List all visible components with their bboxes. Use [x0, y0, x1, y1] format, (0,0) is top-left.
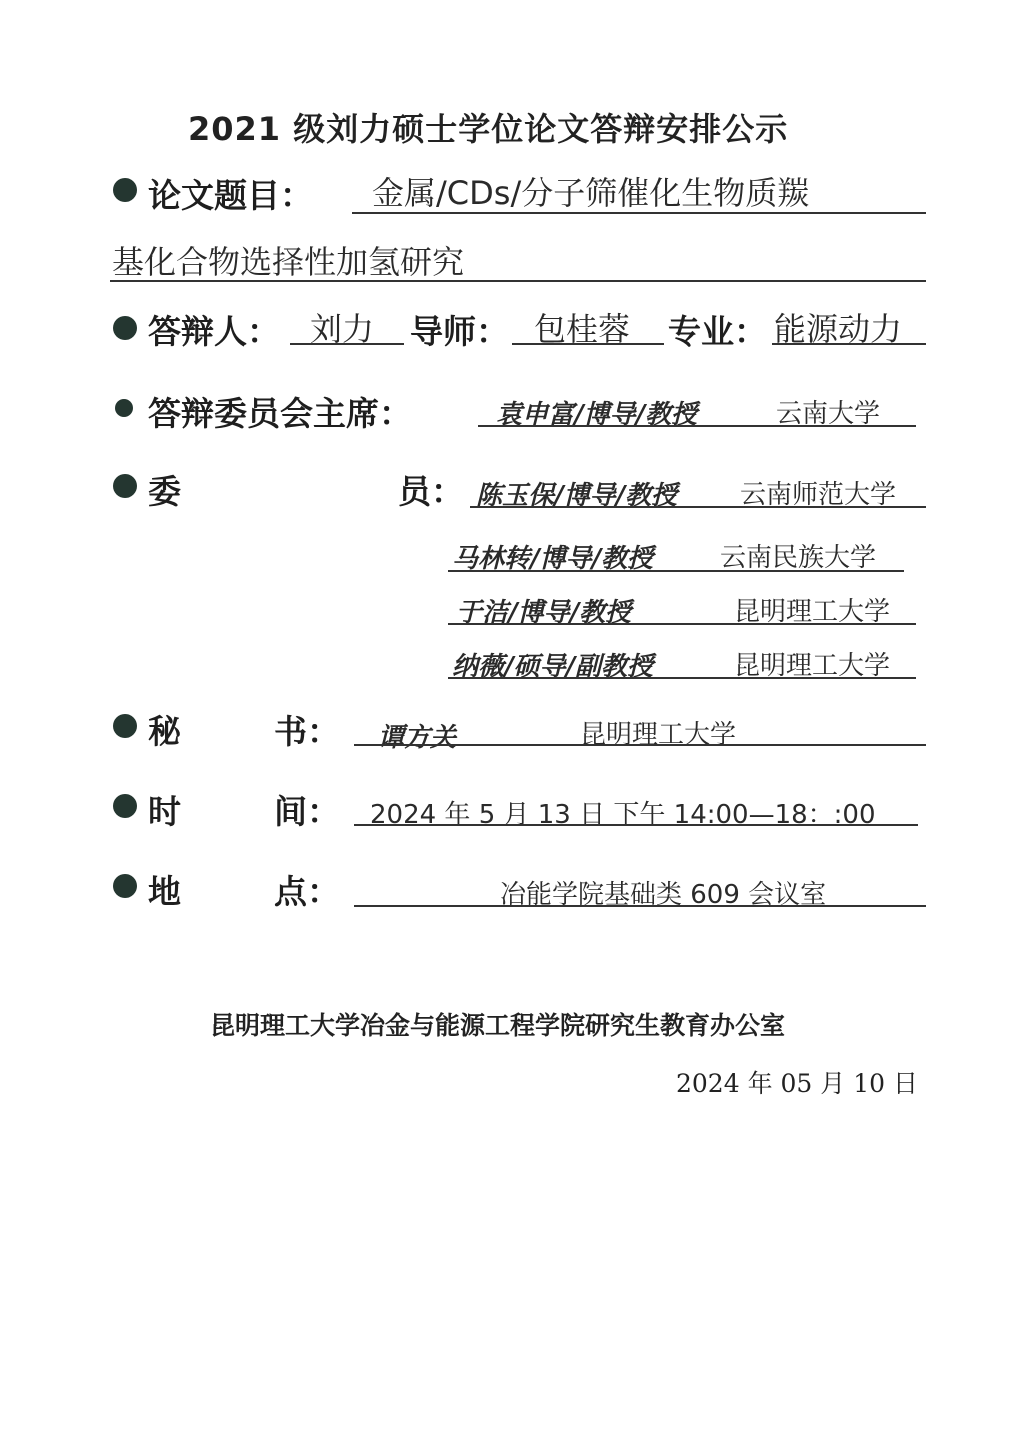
- underline: [354, 824, 918, 826]
- underline: [290, 343, 404, 345]
- underline: [352, 212, 926, 214]
- underline: [354, 905, 926, 907]
- underline: [772, 343, 926, 345]
- bullet-icon: [113, 474, 137, 498]
- thesis-label: 论文题目：: [148, 170, 313, 217]
- underline: [354, 744, 926, 746]
- secretary-name: 谭方关: [378, 717, 456, 754]
- members-label-first: 委: [148, 466, 181, 513]
- underline: [448, 677, 916, 679]
- issue-date: 2024 年 05 月 10 日: [676, 1064, 918, 1100]
- bullet-icon: [113, 316, 137, 340]
- thesis-title-line1: 金属/CDs/分子筛催化生物质羰: [372, 168, 809, 214]
- defender-label: 答辩人：: [148, 306, 280, 353]
- chair-label: 答辩委员会主席：: [148, 388, 412, 435]
- bullet-icon: [113, 714, 137, 738]
- thesis-title-line2: 基化合物选择性加氢研究: [112, 237, 464, 283]
- advisor-label: 导师：: [410, 306, 509, 353]
- document-page: 2021 级刘力硕士学位论文答辩安排公示 论文题目： 金属/CDs/分子筛催化生…: [0, 0, 1024, 1448]
- underline: [448, 623, 916, 625]
- members-label-last: 员：: [398, 466, 464, 513]
- member-affiliation: 云南民族大学: [720, 537, 876, 574]
- major-label: 专业：: [668, 306, 767, 353]
- underline: [448, 570, 904, 572]
- bullet-icon: [113, 874, 137, 898]
- issuer: 昆明理工大学冶金与能源工程学院研究生教育办公室: [210, 1006, 785, 1042]
- secretary-label-first: 秘: [148, 706, 181, 753]
- underline: [512, 343, 664, 345]
- location-label-last: 点：: [274, 866, 340, 913]
- secretary-label-last: 书：: [274, 706, 340, 753]
- bullet-icon: [113, 794, 137, 818]
- underline: [110, 280, 926, 282]
- time-label-last: 间：: [274, 786, 340, 833]
- time-label-first: 时: [148, 786, 181, 833]
- bullet-icon: [113, 178, 137, 202]
- location-label-first: 地: [148, 866, 181, 913]
- document-title: 2021 级刘力硕士学位论文答辩安排公示: [188, 104, 788, 150]
- bullet-icon: [115, 399, 133, 417]
- underline: [478, 425, 916, 427]
- underline: [470, 506, 926, 508]
